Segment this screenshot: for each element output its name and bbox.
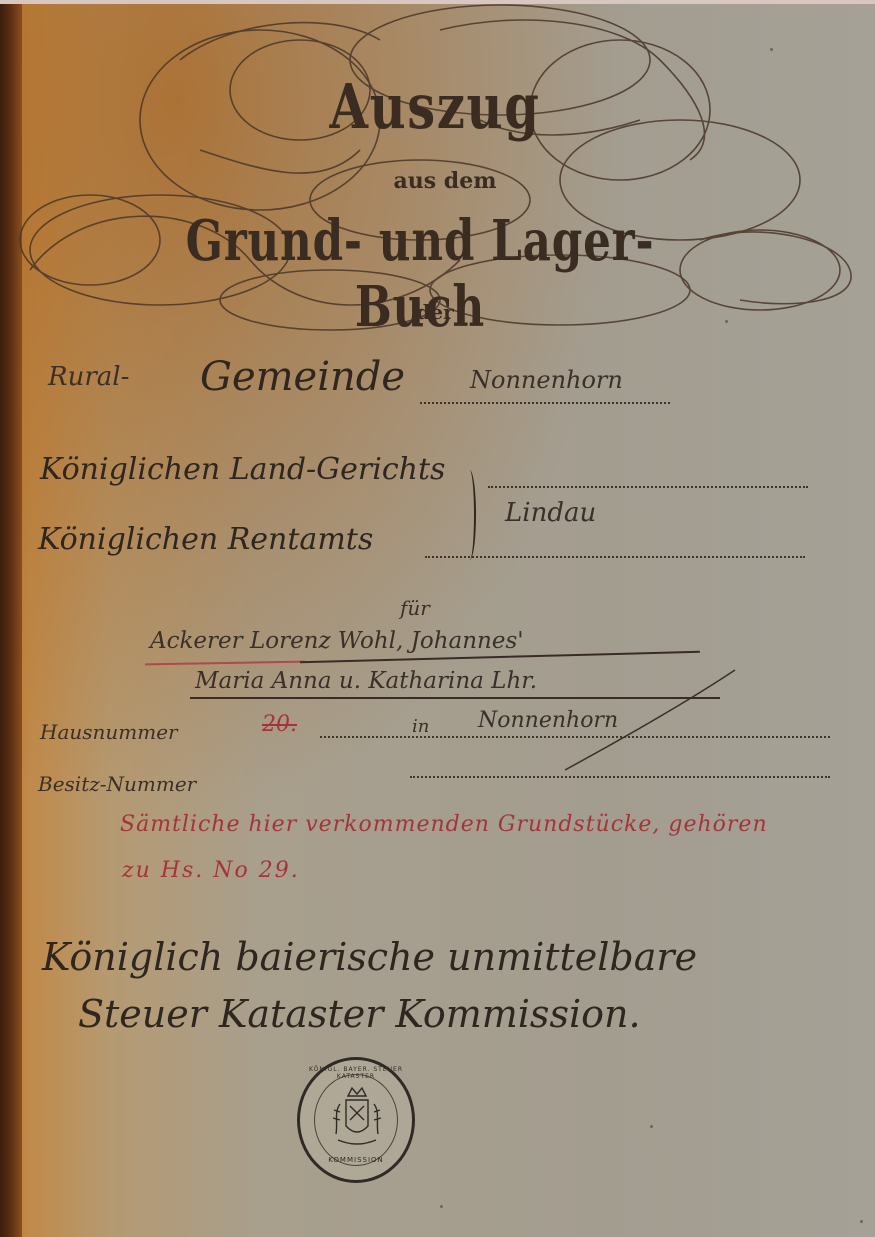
plot-number-label: Besitz-Nummer — [38, 772, 196, 796]
book-spine — [0, 0, 22, 1237]
authority-line-2: Steuer Kataster Kommission. — [78, 992, 641, 1036]
community-label: Gemeinde — [200, 354, 405, 400]
document-page: Auszug aus dem Grund- und Lager-Buch der… — [0, 0, 875, 1237]
community-value: Nonnenhorn — [470, 366, 623, 394]
seal-ring-text: KÖNIGL. BAYER. STEUER KATASTER — [300, 1066, 412, 1080]
for-label: für — [400, 596, 430, 620]
page-top-edge — [0, 0, 875, 4]
title-connector: aus dem — [370, 168, 520, 194]
court-dotted-line — [488, 486, 808, 488]
paper-speck — [440, 1205, 443, 1208]
diagonal-cancel-stroke-icon — [540, 660, 740, 780]
brace-icon — [460, 470, 476, 560]
owner-line-2: Maria Anna u. Katharina Lhr. — [195, 668, 537, 694]
owner-line-1: Ackerer Lorenz Wohl, Johannes' — [150, 628, 524, 654]
seal-bottom-text: KOMMISSION — [300, 1156, 412, 1164]
rent-office-label: Königlichen Rentamts — [38, 522, 373, 557]
title-article: der — [395, 300, 475, 324]
paper-speck — [770, 48, 773, 51]
royal-coat-of-arms-icon — [328, 1082, 386, 1152]
red-annotation-line-1: Sämtliche hier verkommenden Grundstücke,… — [120, 812, 768, 837]
house-number-label: Hausnummer — [40, 720, 178, 744]
rent-office-dotted-line — [425, 556, 805, 558]
red-strike-line — [145, 661, 305, 666]
authority-line-1: Königlich baierische unmittelbare — [42, 935, 697, 979]
red-annotation-line-2: zu Hs. No 29. — [122, 858, 300, 883]
paper-speck — [650, 1125, 653, 1128]
document-title: Auszug — [303, 70, 567, 143]
plot-number-dotted-line — [410, 776, 830, 778]
official-seal: KÖNIGL. BAYER. STEUER KATASTER KOMMISSIO… — [297, 1057, 415, 1183]
court-office-value: Lindau — [505, 498, 596, 528]
house-number-value: 20. — [262, 712, 297, 737]
community-dotted-line — [420, 402, 670, 404]
paper-speck — [860, 1220, 863, 1223]
community-prefix: Rural- — [48, 362, 129, 392]
paper-speck — [725, 320, 728, 323]
house-number-in: in — [412, 716, 429, 737]
court-label: Königlichen Land-Gerichts — [40, 452, 445, 487]
